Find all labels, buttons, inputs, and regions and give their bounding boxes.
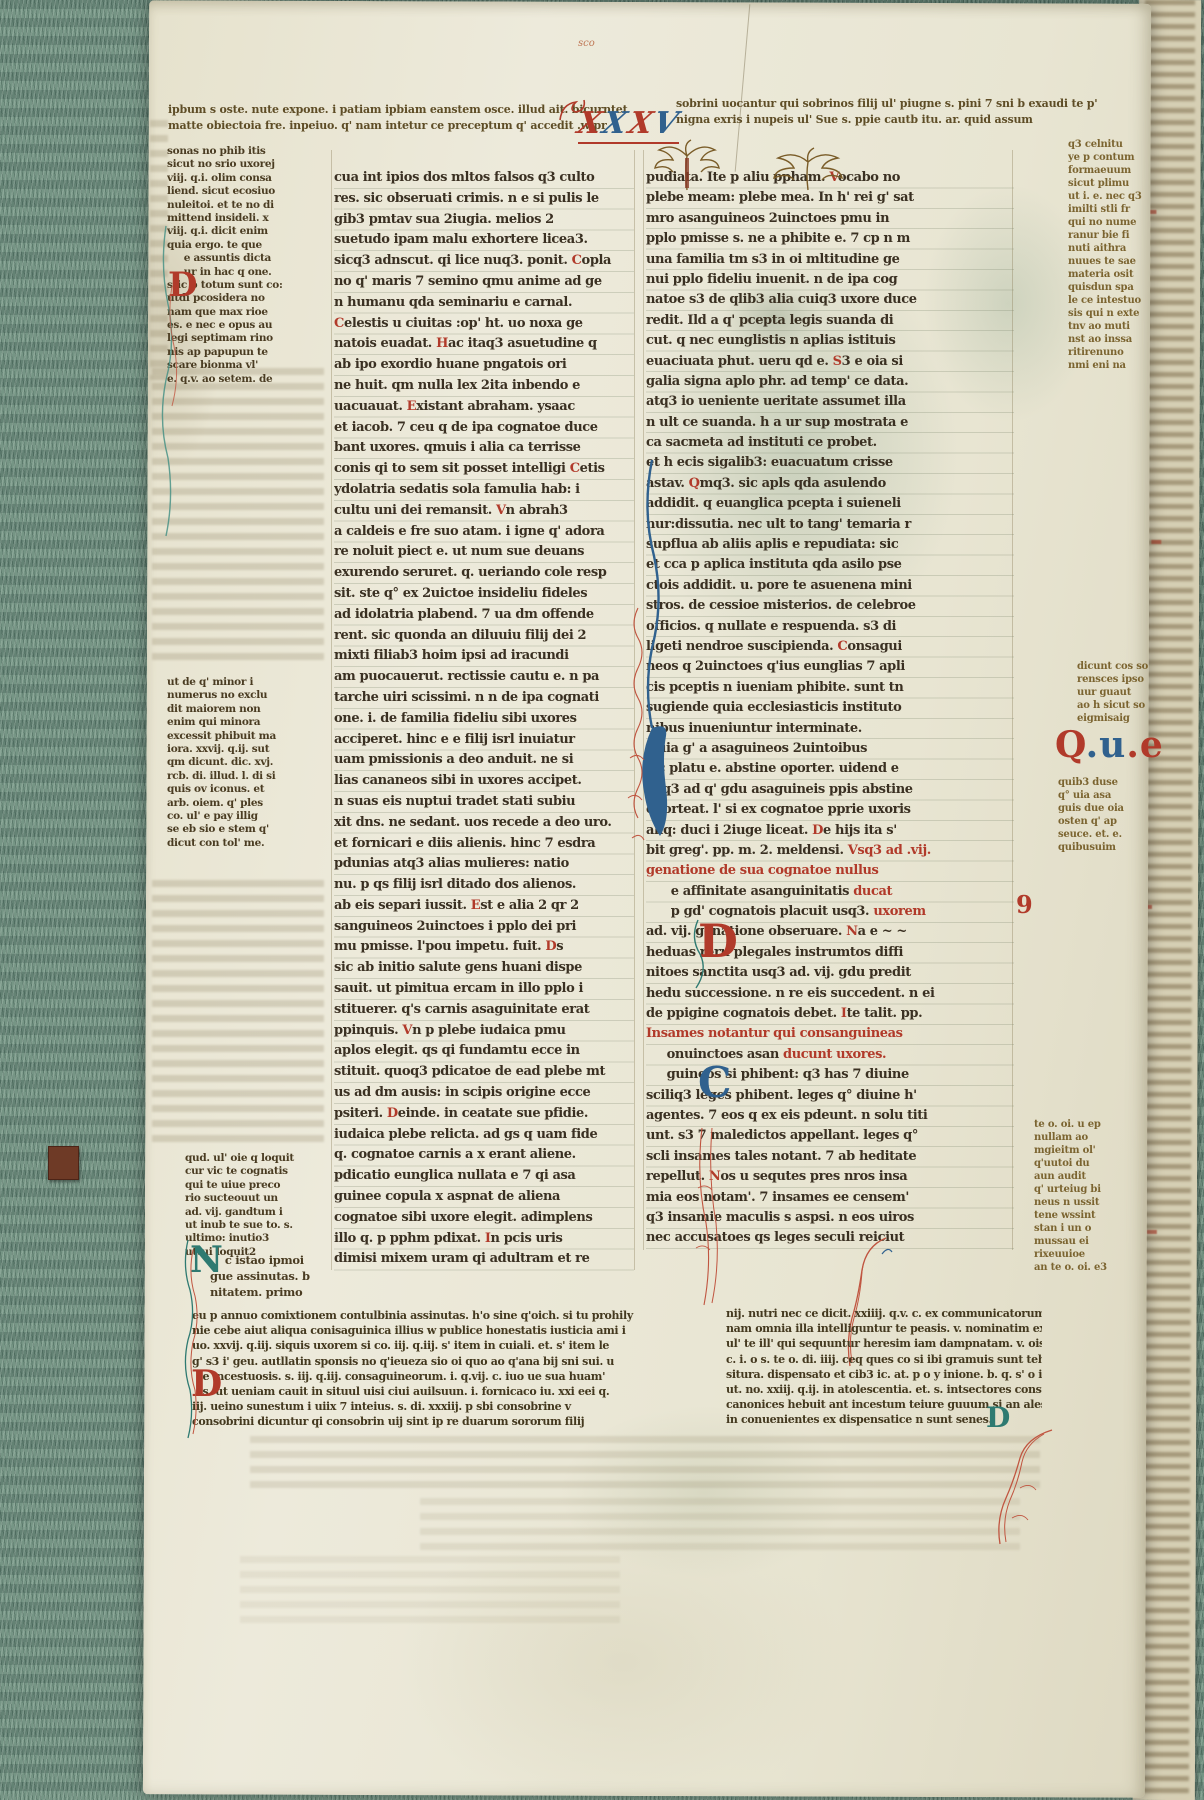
text-line: galia signa aplo phr. ad temp' ce data. — [646, 372, 1014, 392]
text-line: c. i. o s. te o. di. iiij. ceq ques co s… — [726, 1352, 1042, 1367]
text-line: quis ov iconus. et — [167, 783, 331, 796]
text-line: res. sic obseruati crimis. n e si pulis … — [334, 189, 634, 210]
text-line: sicut no srio uxorej — [167, 158, 331, 171]
text-line: ranur bie fi — [1068, 229, 1148, 242]
text-line: an te o. oi. e3 — [1034, 1261, 1120, 1274]
text-line: viij. q.i. olim consa — [167, 172, 331, 185]
folio-mark: sco — [578, 38, 595, 49]
text-line: Celestis u ciuitas :op' ht. uo noxa ge — [334, 314, 634, 335]
text-line: ligeti nendroe suscipienda. Consagui — [646, 637, 1014, 657]
text-line: neus n ussit — [1034, 1196, 1120, 1209]
text-line: g' s3 i' geu. autllatin sponsis no q'ieu… — [192, 1354, 724, 1369]
margin-paraph: 9 — [1016, 890, 1033, 919]
text-line: qui te uiue preco — [185, 1179, 335, 1192]
bottom-note-left: eu p annuo comixtionem contulbinia assin… — [192, 1308, 724, 1430]
text-line: qui no nume — [1068, 216, 1148, 229]
text-line: tene wssint — [1034, 1209, 1120, 1222]
text-line: e assuntis dicta — [167, 252, 331, 265]
text-line: am puocauerut. rectissie cautu e. n pa — [334, 667, 634, 688]
underlying-leaf-rubric-mark — [1151, 540, 1161, 544]
text-line: enim qui minora — [167, 716, 331, 729]
text-line: Insames notantur qui consanguineas — [646, 1024, 1014, 1044]
text-line: ritirenuno — [1068, 346, 1148, 359]
text-line: nst ao inssa — [1068, 333, 1148, 346]
text-line: uam pmissionis a deo anduit. ne si — [334, 750, 634, 771]
text-line: sugiende quia ecclesiasticis instituto — [646, 698, 1014, 718]
text-line: se eb sio e stem q' — [167, 823, 331, 836]
intercolumn-filigree — [690, 1128, 724, 1308]
display-letters-que: Q.u.e — [1055, 724, 1164, 766]
text-line: legi septimam rino — [167, 332, 331, 345]
text-line: excessit phibuit ma — [167, 730, 331, 743]
binding-tab — [48, 1146, 79, 1180]
text-line: ad. vij. gandtum i — [185, 1206, 335, 1219]
text-line: ydolatria sedatis sola famulia hab: i — [334, 480, 634, 501]
text-line: sanguineos 2uinctoes i pplo dei pri — [334, 917, 634, 938]
text-line: quib3 duse — [1058, 776, 1136, 789]
text-line: bant uxores. qmuis i alia ca terrisse — [334, 438, 634, 459]
text-line: osten q' ap — [1058, 815, 1136, 828]
text-line: consobrini dicuntur qi consobrin uij sin… — [192, 1414, 724, 1429]
text-line: et iacob. 7 ceu q de ipa cognatoe duce — [334, 418, 634, 439]
text-line: q'uutoi du — [1034, 1157, 1120, 1170]
text-line: ut. no. xxiij. q.ij. in atolescentia. et… — [726, 1382, 1042, 1397]
margin-penwork-flourish — [156, 226, 182, 536]
text-line: sic ab initio salute gens huani dispe — [334, 958, 634, 979]
text-line: ab eis separi iussit. Est e alia 2 qr 2 — [334, 896, 634, 917]
text-line: sic platu e. abstine oporter. uidend e — [646, 759, 1014, 779]
text-line: guis due oia — [1058, 802, 1136, 815]
text-line: nu. p qs filij isrl ditado dos alienos. — [334, 875, 634, 896]
initial-c-coniunctiones: C — [698, 1062, 731, 1104]
text-line: supflua ab aliis aplis e repudiata: sic — [646, 535, 1014, 555]
display-letter: Q — [1055, 724, 1086, 766]
text-line: cultu uni dei remansit. Vn abrah3 — [334, 501, 634, 522]
text-line: stros. de cessioe misterios. de celebroe — [646, 596, 1014, 616]
text-line: cognatoe sibi uxore elegit. adimplens — [334, 1208, 634, 1229]
text-line: rixeuuioe — [1034, 1248, 1120, 1261]
text-line: quibusuim — [1058, 841, 1136, 854]
text-line: rensces ipso — [1077, 673, 1153, 686]
text-line: imilti stli fr — [1068, 203, 1148, 216]
text-line: pdicatio eunglica nullata e 7 qi asa — [334, 1166, 634, 1187]
text-line: le ce intestuo — [1068, 294, 1148, 307]
text-line: cut. q nec eunglistis n aplias istituis — [646, 331, 1014, 351]
right-gloss-low: te o. oi. u epnullam aomgieitm ol'q'uuto… — [1034, 1118, 1120, 1274]
text-line: officios. q nullate e respuenda. s3 di — [646, 617, 1014, 637]
text-line: n suas eis nuptui tradet stati subiu — [334, 792, 634, 813]
text-line: quisdun spa — [1068, 281, 1148, 294]
text-line: q3 celnitu — [1068, 138, 1148, 151]
text-line: q' urteiug bi — [1034, 1183, 1120, 1196]
text-line: iij. ueino sunestum i uiix 7 inteius. s.… — [192, 1399, 724, 1414]
text-line: rcb. di. illud. l. di si — [167, 770, 331, 783]
text-line: nigna exris i nupeis ul' Sue s. ppie cau… — [676, 112, 1096, 128]
text-line: oporteat. l' si ex cognatoe pprie uxoris — [646, 800, 1014, 820]
text-line: et cca p aplica instituta qda asilo pse — [646, 555, 1014, 575]
text-line: cis pceptis n iueniam phibite. sunt tn — [646, 678, 1014, 698]
text-line: sit. ste q° ex 2uictoe insideliu fideles — [334, 584, 634, 605]
text-line: te o. oi. u ep — [1034, 1118, 1120, 1131]
text-line: gib3 pmtav sua 2iugia. melios 2 — [334, 210, 634, 231]
bottom-right-tail — [990, 1428, 1066, 1548]
text-line: ppinquis. Vn p plebe iudaica pmu — [334, 1021, 634, 1042]
text-line: co. ul' e pay illig — [167, 810, 331, 823]
text-line: xit dns. ne sedant. uos recede a deo uro… — [334, 813, 634, 834]
text-line: pdunias atq3 alias mulieres: natio — [334, 854, 634, 875]
top-gloss-left: ipbum s oste. nute expone. i patiam ipbi… — [168, 102, 598, 134]
text-line: stituit. quoq3 pdicatoe de ead plebe mt — [334, 1062, 634, 1083]
text-line: viij. q.i. dicit enim — [167, 225, 331, 238]
text-line: numerus no exclu — [167, 689, 331, 702]
text-line: pplo pmisse s. ne a phibite e. 7 cp n m — [646, 229, 1014, 249]
text-line: Quia g' a asaguineos 2uintoibus — [646, 739, 1014, 759]
text-line: lias cananeos sibi in uxores accipet. — [334, 771, 634, 792]
text-line: et fornicari e diis alienis. hinc 7 esdr… — [334, 834, 634, 855]
penwork-initial-i — [626, 458, 672, 858]
text-line: iudaica plebe relicta. ad gs q uam fide — [334, 1125, 634, 1146]
text-line: sis qui n exte — [1068, 307, 1148, 320]
text-line: mussau ei — [1034, 1235, 1120, 1248]
text-line: acciperet. hinc e e filij isrl inuiatur — [334, 730, 634, 751]
bleed-through-text — [420, 1498, 1020, 1550]
main-column-left: cua int ipios dos mltos falsos q3 cultor… — [334, 168, 634, 1274]
text-line: neos q 2uinctoes q'ius eunglias 7 apli — [646, 657, 1014, 677]
text-line: formaeuum — [1068, 164, 1148, 177]
text-line: uur guaut — [1077, 686, 1153, 699]
text-line: sobrini uocantur qui sobrinos filij ul' … — [676, 96, 1096, 112]
text-line: nullam ao — [1034, 1131, 1120, 1144]
text-line: ab ipo exordio huane pngatois ori — [334, 355, 634, 376]
text-line: astav. Qmq3. sic apls qda asulendo — [646, 474, 1014, 494]
text-line: tarche uiri scissimi. n n de ipa cognati — [334, 688, 634, 709]
text-line: nibus inueniuntur interminate. — [646, 719, 1014, 739]
text-line: agentes. 7 eos q ex eis pdeunt. n solu t… — [646, 1106, 1014, 1126]
bleed-through-text — [152, 880, 324, 1145]
text-line: ad idolatria plabend. 7 ua dm offende — [334, 605, 634, 626]
text-line: guinee copula x aspnat de aliena — [334, 1187, 634, 1208]
text-line: nitatem. primo — [210, 1284, 450, 1300]
text-line: dicunt cos so — [1077, 660, 1153, 673]
text-line: nui pplo fideliu inuenit. n de ipa cog — [646, 270, 1014, 290]
text-line: dit maiorem non — [167, 703, 331, 716]
text-line: natoe s3 de qlib3 alia cuiq3 uxore duce — [646, 290, 1014, 310]
text-line: bit greg'. pp. m. 2. meldensi. Vsq3 ad .… — [646, 841, 1014, 861]
text-line: ne huit. qm nulla lex 2ita inbendo e — [334, 376, 634, 397]
text-line: aliq: duci i 2iuge liceat. De hijs ita s… — [646, 821, 1014, 841]
text-line: sonas no phib itis — [167, 145, 331, 158]
text-line: nie cebe aiut aliqua conisaguinica illiu… — [192, 1323, 724, 1338]
text-line: qud. ul' oie q loquit — [185, 1152, 335, 1165]
text-line: ca sacmeta ad instituti ce probet. — [646, 433, 1014, 453]
text-line: usq3 ad q' gdu asaguineis ppis abstine — [646, 780, 1014, 800]
text-line: a caldeis e fre suo atam. i igne q' ador… — [334, 522, 634, 543]
display-letter: . — [1086, 724, 1100, 766]
text-line: eu p annuo comixtionem contulbinia assin… — [192, 1308, 724, 1323]
text-line: n ult ce suanda. h a ur sup mostrata e — [646, 413, 1014, 433]
text-line: natois euadat. Hac itaq3 asuetudine q — [334, 334, 634, 355]
display-letter: e — [1140, 724, 1164, 766]
text-line: illo q. p pphm pdixat. In pcis uris — [334, 1229, 634, 1250]
left-gloss-block-b: ut de q' minor inumerus no excludit maio… — [167, 676, 331, 850]
text-line: ut de q' minor i — [167, 676, 331, 689]
text-line: ipbum s oste. nute expone. i patiam ipbi… — [168, 102, 598, 118]
text-line: stan i un o — [1034, 1222, 1120, 1235]
text-line: mixti filiab3 hoim ipsi ad iracundi — [334, 646, 634, 667]
text-line: rent. sic quonda an diluuiu filij dei 2 — [334, 626, 634, 647]
manuscript-photo: sco ipbum s oste. nute expone. i patiam … — [0, 0, 1204, 1800]
text-line: ut i. e. nec q3 — [1068, 190, 1148, 203]
text-line: matte obiectoia fre. inpeiuo. q' nam int… — [168, 118, 598, 134]
text-line: de ppigine cognatois debet. Ite talit. p… — [646, 1004, 1014, 1024]
text-line: suetudo ipam malu exhortere licea3. — [334, 230, 634, 251]
text-line: n humanu qda seminariu e carnal. — [334, 293, 634, 314]
text-line: es. e nec e opus au — [167, 319, 331, 332]
text-line: arb. oiem. q' ples — [167, 797, 331, 810]
text-line: q. cognatoe carnis a x erant aliene. — [334, 1145, 634, 1166]
foliate-spray — [768, 142, 848, 194]
display-letter: u — [1099, 724, 1126, 766]
text-line: mgieitm ol' — [1034, 1144, 1120, 1157]
bleed-through-text — [240, 1556, 620, 1626]
text-line: psiteri. Deinde. in ceatate sue pfidie. — [334, 1104, 634, 1125]
text-line: mittend insideli. x — [167, 212, 331, 225]
text-line: cur vic te cognatis — [185, 1165, 335, 1178]
foliate-spray — [652, 138, 722, 196]
text-line: q° uia asa — [1058, 789, 1136, 802]
text-line: sauit. ut pimitua ercam in illo pplo i — [334, 979, 634, 1000]
text-line: mu pmisse. l'pou impetu. fuit. Ds — [334, 937, 634, 958]
text-line: nij. nutri nec ce dicit. xxiiij. q.v. c.… — [726, 1306, 1042, 1321]
text-line: cua int ipios dos mltos falsos q3 culto — [334, 168, 634, 189]
bottom-left-filigree — [180, 1240, 196, 1440]
text-line: sicut plimu — [1068, 177, 1148, 190]
right-gloss-mid: dicunt cos sorensces ipsouur guautao h s… — [1077, 660, 1153, 725]
text-line: nuti aithra — [1068, 242, 1148, 255]
text-line: e affinitate asanguinitatis ducat — [646, 882, 1014, 902]
text-line: aun audit — [1034, 1170, 1120, 1183]
text-line: one. i. de familia fideliu sibi uxores — [334, 709, 634, 730]
text-line: nam que max rioe — [167, 306, 331, 319]
text-line: e. q.v. ao setem. de — [167, 373, 331, 386]
text-line: uacuauat. Existant abraham. ysaac — [334, 397, 634, 418]
text-line: dicut con tol' me. — [167, 837, 331, 850]
text-line: conis qi to sem sit posset intelligi Cet… — [334, 459, 634, 480]
text-line: aplos elegit. qs qi fundamtu ecce in — [334, 1041, 634, 1062]
text-line: nis ap papupun te — [167, 346, 331, 359]
text-line: s. ut ueniam cauit in situul uisi ciui a… — [192, 1384, 724, 1399]
text-line: stituerer. q's carnis asaguinitate erat — [334, 1000, 634, 1021]
text-line: nuues te sae — [1068, 255, 1148, 268]
text-line: ctois addidit. u. pore te asuenena mini — [646, 576, 1014, 596]
text-line: ao h sicut so — [1077, 699, 1153, 712]
text-line: seuce. et. e. — [1058, 828, 1136, 841]
text-line: dimisi mixem uram qi adultram et re — [334, 1249, 634, 1270]
text-line: redit. Ild a q' pcepta legis suanda di — [646, 311, 1014, 331]
text-line: ul' te ill' qui sequuntur heresim iam da… — [726, 1336, 1042, 1351]
underlying-leaf-rubric-mark — [1147, 1230, 1157, 1234]
top-gloss-right: sobrini uocantur qui sobrinos filij ul' … — [676, 96, 1096, 128]
text-line: nuleitoi. et te no di — [167, 199, 331, 212]
text-line: una familia tm s3 in oi mltitudine ge — [646, 250, 1014, 270]
right-gloss-small: quib3 duseq° uia asaguis due oiaosten q'… — [1058, 776, 1136, 854]
text-line: atq3 io ueniente ueritate assumet illa — [646, 392, 1014, 412]
text-line: rio sucteouut un — [185, 1192, 335, 1205]
text-line: quia ergo. te que — [167, 239, 331, 252]
text-line: e incestuosis. s. iij. q.iij. consaguine… — [192, 1369, 724, 1384]
text-line: ye p contum — [1068, 151, 1148, 164]
column-ruling — [331, 150, 332, 1270]
text-line: et h ecis sigalib3: euacuatum crisse — [646, 453, 1014, 473]
text-line: re noluit piect e. ut num sue deuans — [334, 542, 634, 563]
text-line: nur:dissutia. nec ult to tang' temaria r — [646, 515, 1014, 535]
bleed-through-text — [250, 1436, 1040, 1494]
text-line: sicq3 adnscut. qi lice nuq3. ponit. Copl… — [334, 251, 634, 272]
text-line: genatione de sua cognatoe nullus — [646, 861, 1014, 881]
text-line: iora. xxvij. q.ij. sut — [167, 743, 331, 756]
text-line: qm dicunt. dic. xvj. — [167, 756, 331, 769]
text-line: scare bionma vl' — [167, 359, 331, 372]
text-line: ut inub te sue to. s. — [185, 1219, 335, 1232]
text-line: materia osit — [1068, 268, 1148, 281]
text-line: us ad dm ausis: in scipis origine ecce — [334, 1083, 634, 1104]
text-line: situra. dispensato et cib3 ic. at. p o y… — [726, 1367, 1042, 1382]
initial-d-flourish — [688, 920, 706, 990]
text-line: nam omnia illa intelliguntur te peasis. … — [726, 1321, 1042, 1336]
text-line: liend. sicut ecosiuo — [167, 185, 331, 198]
text-line: no q' maris 7 semino qmu anime ad ge — [334, 272, 634, 293]
text-line: nmi eni na — [1068, 359, 1148, 372]
display-letter: . — [1126, 724, 1140, 766]
text-line: addidit. q euanglica pcepta i suieneli — [646, 494, 1014, 514]
text-line: exurendo seruret. q. ueriando cole resp — [334, 563, 634, 584]
text-line: euaciuata phut. ueru qd e. S3 e oia si — [646, 352, 1014, 372]
text-line: uo. xxvij. q.iij. siquis uxorem si co. i… — [192, 1338, 724, 1353]
text-line: tnv ao muti — [1068, 320, 1148, 333]
text-line: mro asanguineos 2uinctoes pmu in — [646, 209, 1014, 229]
right-gloss-top: q3 celnituye p contumformaeuumsicut plim… — [1068, 138, 1148, 372]
